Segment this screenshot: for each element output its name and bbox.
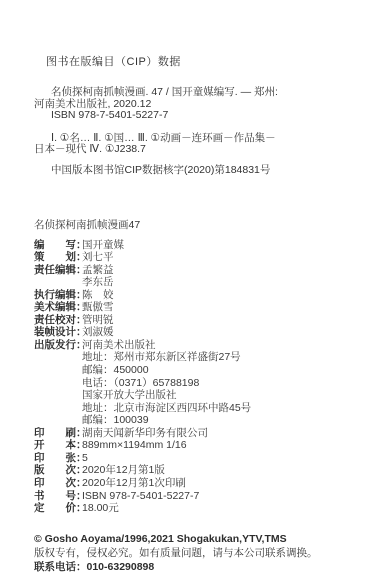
credit-row-format: 开 本：889mm×1194mm 1/16 <box>34 439 357 452</box>
credit-value: 电话：（0371）65788198 <box>82 377 199 390</box>
credit-row-planner: 策 划：刘七平 <box>34 251 357 264</box>
credit-row-edition: 版 次：2020年12月第1版 <box>34 464 357 477</box>
credit-value: 889mm×1194mm 1/16 <box>82 439 187 452</box>
credit-value: 地址：郑州市郑东新区祥盛街27号 <box>82 351 241 364</box>
credit-value: ISBN 978-7-5401-5227-7 <box>82 490 199 503</box>
credit-value: 5 <box>82 452 88 465</box>
cip-registry: 中国版本图书馆CIP数据核字(2020)第184831号 <box>34 165 357 177</box>
credit-row-executive-editor: 执行编辑：陈 姣 <box>34 289 357 302</box>
cip-record-isbn: ISBN 978-7-5401-5227-7 <box>34 110 357 122</box>
credit-label: 装帧设计： <box>34 326 82 339</box>
credit-row-proofreader: 责任校对：管明锐 <box>34 314 357 327</box>
footer-block: © Gosho Aoyama/1996,2021 Shogakukan,YTV,… <box>34 532 357 575</box>
credit-row-responsible-editor: 责任编辑：孟繁益 <box>34 264 357 277</box>
credit-value: 18.00元 <box>82 502 119 515</box>
credit-label: 执行编辑： <box>34 289 82 302</box>
credit-value: 河南美术出版社 <box>82 339 156 352</box>
rights-notice: 版权专有，侵权必究。如有质量问题，请与本公司联系调换。 <box>34 546 357 560</box>
credit-row-publisher-address: 地址：郑州市郑东新区祥盛街27号 <box>34 351 357 364</box>
credit-value: 2020年12月第1次印刷 <box>82 477 186 490</box>
credit-value: 管明锐 <box>82 314 114 327</box>
credit-row-publisher-zipcode: 邮编：450000 <box>34 364 357 377</box>
colophon-page: 图书在版编目（CIP）数据 名侦探柯南抓帧漫画. 47 / 国开童媒编写. — … <box>0 0 375 587</box>
credit-label <box>34 414 82 427</box>
credit-label: 开 本： <box>34 439 82 452</box>
credit-label: 出版发行： <box>34 339 82 352</box>
credit-row-copublisher: 国家开放大学出版社 <box>34 389 357 402</box>
credit-label: 责任校对： <box>34 314 82 327</box>
credit-value: 国家开放大学出版社 <box>82 389 177 402</box>
credit-label <box>34 377 82 390</box>
credit-row-copublisher-zipcode: 邮编：100039 <box>34 414 357 427</box>
credit-label <box>34 351 82 364</box>
credit-row-copublisher-address: 地址：北京市海淀区西四环中路45号 <box>34 402 357 415</box>
credit-row-art-editor: 美术编辑：甄傲雪 <box>34 301 357 314</box>
credit-value: 地址：北京市海淀区西四环中路45号 <box>82 402 251 415</box>
credit-row-designer: 装帧设计：刘淑媛 <box>34 326 357 339</box>
cip-record: 名侦探柯南抓帧漫画. 47 / 国开童媒编写. — 郑州: 河南美术出版社, 2… <box>34 87 357 122</box>
credit-label: 印 张： <box>34 452 82 465</box>
credit-value: 2020年12月第1版 <box>82 464 165 477</box>
credits-list: 编 写：国开童媒 策 划：刘七平 责任编辑：孟繁益 李东岳 执行编辑：陈 姣 美… <box>34 239 357 515</box>
credit-label: 策 划： <box>34 251 82 264</box>
credit-row-publisher: 出版发行：河南美术出版社 <box>34 339 357 352</box>
credit-value: 李东岳 <box>82 276 114 289</box>
credit-row-printer: 印 刷：湖南天闻新华印务有限公司 <box>34 427 357 440</box>
credit-row-publisher-phone: 电话：（0371）65788198 <box>34 377 357 390</box>
credit-label <box>34 402 82 415</box>
credit-row-price: 定 价：18.00元 <box>34 502 357 515</box>
credit-label: 书 号： <box>34 490 82 503</box>
credit-value: 刘七平 <box>82 251 114 264</box>
cip-record-line-1: 名侦探柯南抓帧漫画. 47 / 国开童媒编写. — 郑州: <box>34 87 357 99</box>
credit-value: 甄傲雪 <box>82 301 114 314</box>
contact-phone: 联系电话：010-63290898 <box>34 560 357 574</box>
cip-block: 图书在版编目（CIP）数据 名侦探柯南抓帧漫画. 47 / 国开童媒编写. — … <box>34 56 357 177</box>
credit-label: 印 刷： <box>34 427 82 440</box>
credit-value: 国开童媒 <box>82 239 124 252</box>
credit-row-sheets: 印 张：5 <box>34 452 357 465</box>
credit-label: 印 次： <box>34 477 82 490</box>
credit-label <box>34 276 82 289</box>
credit-label: 美术编辑： <box>34 301 82 314</box>
cip-heading: 图书在版编目（CIP）数据 <box>46 56 357 68</box>
credit-row-printing: 印 次：2020年12月第1次印刷 <box>34 477 357 490</box>
credit-label: 版 次： <box>34 464 82 477</box>
credit-row-responsible-editor-2: 李东岳 <box>34 276 357 289</box>
cip-registry-number: 中国版本图书馆CIP数据核字(2020)第184831号 <box>34 165 357 177</box>
credit-value: 陈 姣 <box>82 289 114 302</box>
credit-label <box>34 364 82 377</box>
cip-classification: Ⅰ. ①名… Ⅱ. ①国… Ⅲ. ①动画－连环画－作品集－ 日本－现代 Ⅳ. ①… <box>34 133 357 156</box>
credit-label: 责任编辑： <box>34 264 82 277</box>
credit-value: 邮编：100039 <box>82 414 149 427</box>
book-title: 名侦探柯南抓帧漫画47 <box>34 219 357 231</box>
credit-value: 邮编：450000 <box>82 364 149 377</box>
credit-value: 孟繁益 <box>82 264 114 277</box>
credit-label: 定 价： <box>34 502 82 515</box>
credit-value: 湖南天闻新华印务有限公司 <box>82 427 208 440</box>
credit-row-writer: 编 写：国开童媒 <box>34 239 357 252</box>
cip-classification-line-2: 日本－现代 Ⅳ. ①J238.7 <box>34 144 357 156</box>
copyright-line: © Gosho Aoyama/1996,2021 Shogakukan,YTV,… <box>34 532 357 546</box>
credit-label <box>34 389 82 402</box>
credit-row-isbn: 书 号：ISBN 978-7-5401-5227-7 <box>34 490 357 503</box>
credit-label: 编 写： <box>34 239 82 252</box>
credit-value: 刘淑媛 <box>82 326 114 339</box>
